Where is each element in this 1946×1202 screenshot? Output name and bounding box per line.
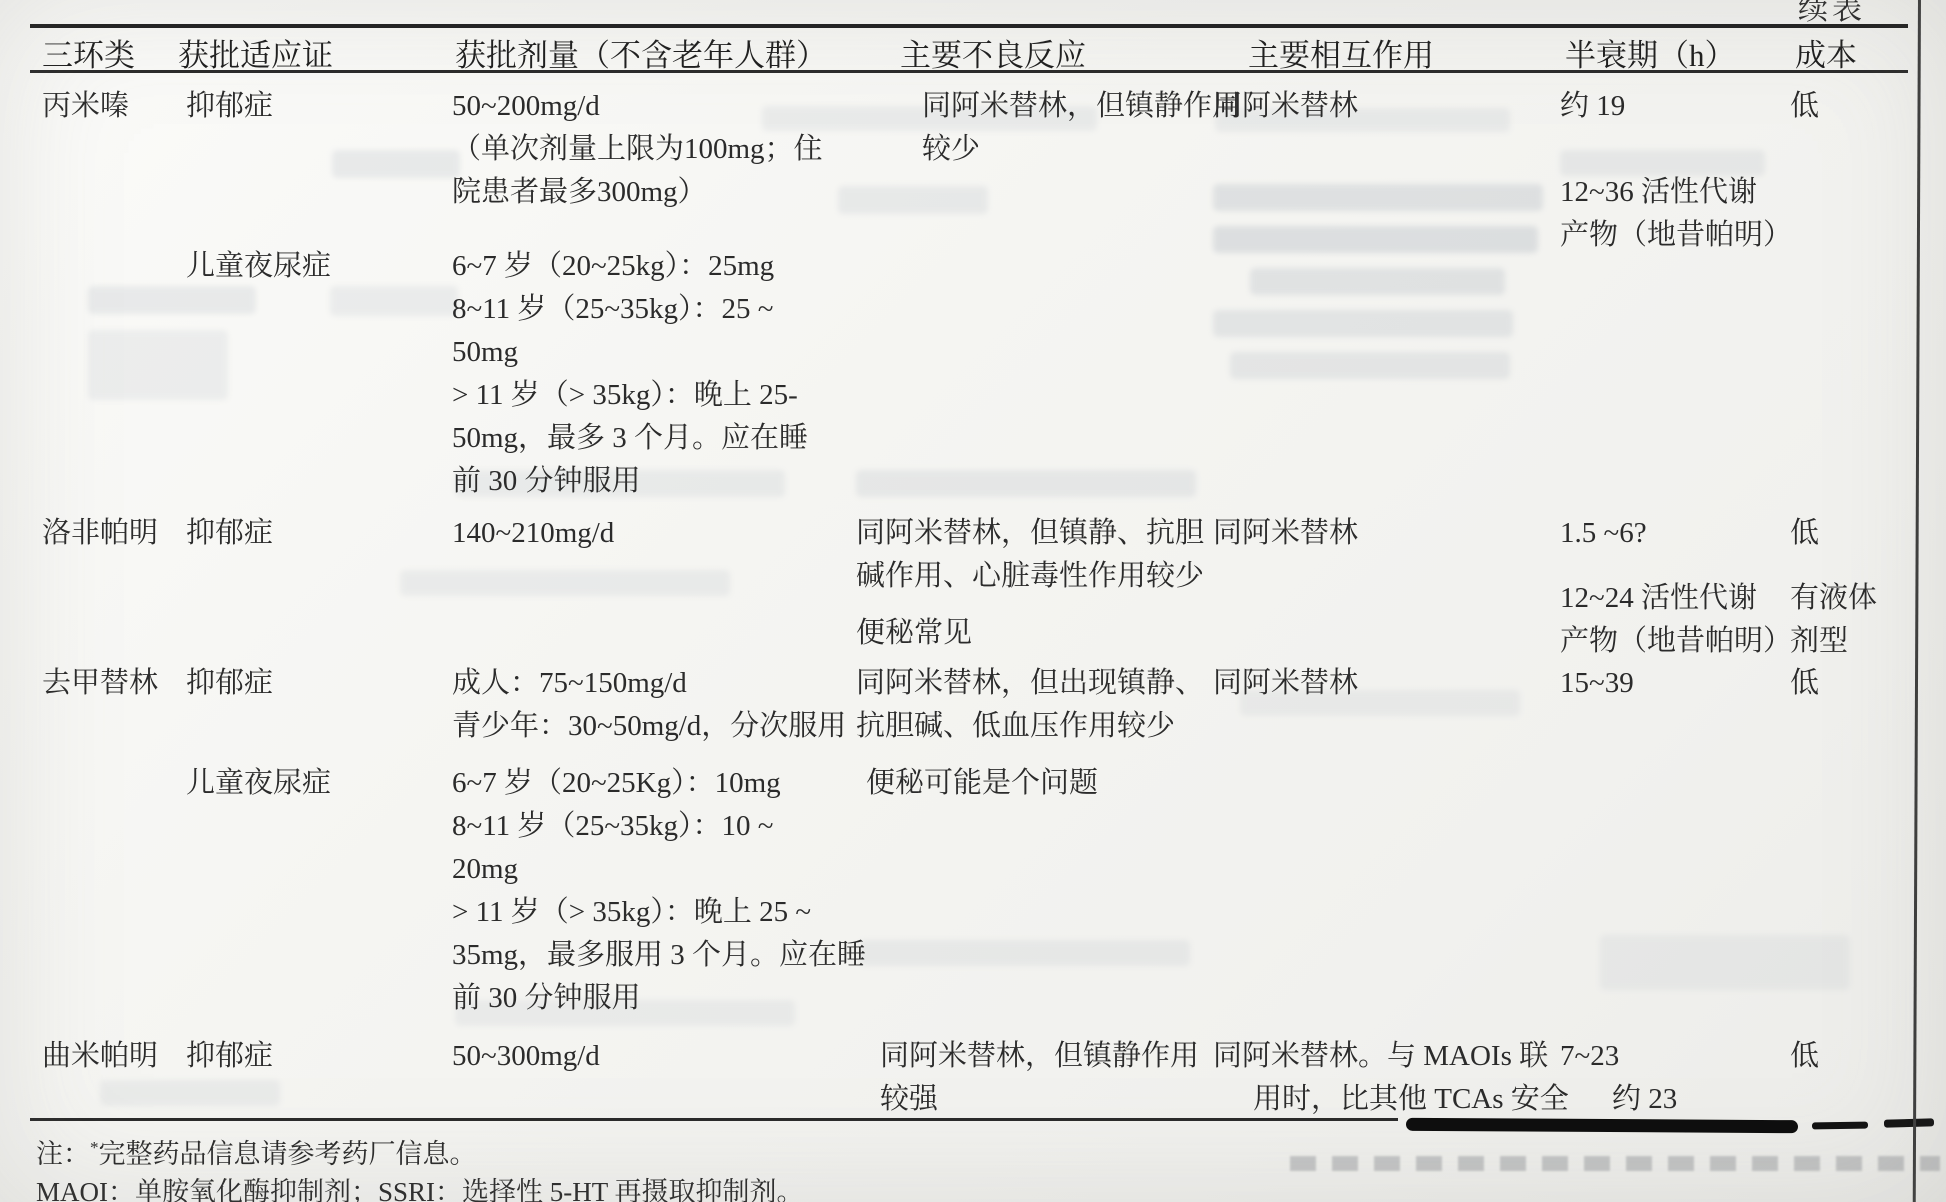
- cost-cell: 低: [1790, 85, 1940, 128]
- half-life-cell: 7~23 约 23: [1560, 1035, 1790, 1121]
- dose-cell: 6~7 岁（20~25kg）：25mg 8~11 岁（25~35kg）：25 ~…: [452, 245, 922, 503]
- bleed-through-artifact: [88, 330, 228, 400]
- bleed-through-artifact: [1600, 935, 1850, 990]
- adverse-cell: 同阿米替林，但镇静作用 较少: [856, 85, 1228, 171]
- indication-cell: 抑郁症: [186, 1035, 451, 1078]
- half-life-cell: 1.5 ~6? 12~24 活性代谢 产物（地昔帕明）: [1560, 512, 1790, 663]
- footnote-abbreviations: MAOI：单胺氧化酶抑制剂；SSRI：选择性 5-HT 再摄取抑制剂。: [36, 1170, 804, 1202]
- indication-cell: 抑郁症: [186, 512, 451, 555]
- half-life-cell: 约 19 12~36 活性代谢 产物（地昔帕明）: [1560, 85, 1790, 257]
- col-header-dose: 获批剂量（不含老年人群）: [455, 30, 827, 75]
- drug-name: 洛非帕明: [42, 512, 187, 555]
- bleed-through-artifact: [1213, 310, 1513, 337]
- bleed-through-artifact: [400, 570, 730, 596]
- bleed-through-artifact: [88, 286, 256, 314]
- interaction-cell: 同阿米替林: [1213, 662, 1551, 705]
- half-life-cell: 15~39: [1560, 662, 1790, 705]
- cost-cell: 低 有液体 剂型: [1790, 512, 1940, 663]
- dose-cell: 6~7 岁（20~25Kg）：10mg 8~11 岁（25~35kg）：10 ~…: [452, 762, 922, 1020]
- dose-cell: 140~210mg/d: [452, 512, 922, 555]
- dose-cell: 成人：75~150mg/d 青少年：30~50mg/d，分次服用: [452, 662, 922, 748]
- col-header-half-life: 半衰期（h）: [1565, 30, 1736, 75]
- adverse-cell: 同阿米替林，但镇静作用 较强: [856, 1035, 1228, 1121]
- interaction-cell: 同阿米替林。与 MAOIs 联 用时，比其他 TCAs 安全: [1213, 1035, 1551, 1121]
- interaction-cell: 同阿米替林: [1213, 512, 1551, 555]
- footnote-drug-info: 注：*完整药品信息请参考药厂信息。: [36, 1132, 477, 1171]
- col-header-cost: 成本: [1795, 30, 1857, 75]
- bleed-through-artifact: [332, 150, 460, 178]
- gray-smudge-artifact: [1290, 1156, 1940, 1171]
- ink-dash-artifact: [1812, 1122, 1868, 1130]
- col-header-adverse: 主要不良反应: [900, 30, 1086, 75]
- table-top-border: [30, 24, 1908, 28]
- ink-dash-artifact: [1884, 1118, 1934, 1127]
- indication-cell: 抑郁症: [186, 662, 451, 705]
- bleed-through-artifact: [330, 286, 458, 316]
- dose-cell: 50~300mg/d: [452, 1035, 922, 1078]
- adverse-cell: 便秘可能是个问题: [856, 762, 1228, 805]
- cost-cell: 低: [1790, 1035, 1940, 1078]
- indication-cell: 儿童夜尿症: [186, 245, 451, 288]
- scanned-book-page: 续表 三环类 获批适应证 获批剂量（不含老年人群） 主要不良反应 主要相互作用 …: [0, 0, 1946, 1202]
- col-header-tricyclic: 三环类: [42, 30, 135, 75]
- bleed-through-artifact: [1213, 184, 1543, 211]
- interaction-cell: 同阿米替林: [1213, 85, 1551, 128]
- col-header-indication: 获批适应证: [178, 30, 333, 75]
- bleed-through-artifact: [1213, 226, 1538, 253]
- indication-cell: 儿童夜尿症: [186, 762, 451, 805]
- indication-cell: 抑郁症: [186, 85, 451, 128]
- adverse-cell: 同阿米替林，但镇静、抗胆 碱作用、心脏毒性作用较少 便秘常见: [856, 512, 1228, 655]
- drug-name: 去甲替林: [42, 662, 187, 705]
- drug-name: 丙米嗪: [42, 85, 187, 128]
- bleed-through-artifact: [1250, 268, 1505, 295]
- adverse-cell: 同阿米替林，但出现镇静、 抗胆碱、低血压作用较少: [856, 662, 1228, 748]
- dose-cell: 50~200mg/d （单次剂量上限为100mg；住 院患者最多300mg）: [452, 85, 922, 214]
- asterisk-marker: *: [90, 1138, 99, 1157]
- bleed-through-artifact: [100, 1080, 280, 1106]
- cost-cell: 低: [1790, 662, 1940, 705]
- col-header-interaction: 主要相互作用: [1248, 30, 1434, 75]
- bleed-through-artifact: [1230, 352, 1510, 379]
- drug-name: 曲米帕明: [42, 1035, 187, 1078]
